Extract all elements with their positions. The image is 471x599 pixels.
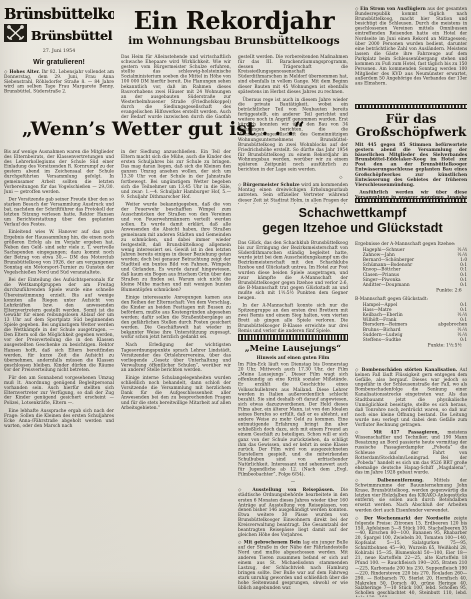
masthead-title-line2: Brünsbüttel bbox=[31, 28, 112, 43]
paragraph: Das Heim für Alleinstehende und wirtscha… bbox=[121, 54, 231, 118]
masthead-date: 27. Juni 1954 bbox=[4, 49, 114, 54]
schach-headline-line2: gegen Itzehoe und Glückstadt bbox=[238, 221, 467, 236]
paragraph: Der Vorsitzende gab seiner Freude über d… bbox=[4, 197, 114, 227]
rekordjahr-col2-body: Das Heim für Alleinstehende und wirtscha… bbox=[121, 54, 231, 118]
paragraph: Ausführlich werden wir über diese Versam… bbox=[355, 190, 467, 198]
rekordjahr-headline: Ein Rekordjahr im Wohnungsbau Brunsbütte… bbox=[118, 8, 350, 47]
brief-buergermeister: ◇ Bürgermeister Schulze wird am kommende… bbox=[238, 182, 348, 204]
item-separator: — bbox=[238, 479, 348, 484]
crest-icon bbox=[4, 24, 27, 46]
hatched-bar-film bbox=[238, 334, 348, 341]
schach-headline: Schachwettkampf gegen Itzehoe und Glücks… bbox=[238, 206, 467, 235]
wetter-col1-body: Bis auf wenige Ausnahmen waren die Mitgl… bbox=[4, 149, 114, 447]
paragraph: Weiter wurde bekanntgegeben, daß die von… bbox=[121, 202, 231, 292]
col4-briefs: ◇ Bombenschäden störten Kanalisation. Au… bbox=[355, 360, 467, 597]
masthead-title-line1: Brünsbüttelkoog bbox=[4, 6, 114, 23]
film-subtitle: Hinweis auf einen guten Film bbox=[257, 355, 330, 360]
wetter-headline-text: „Wenn’s Wetter gut ist . . .“ bbox=[22, 119, 302, 140]
strom-brief: ◇ Ein Strom von Ausflüglern aus der gesa… bbox=[355, 6, 467, 102]
paragraph: in der Siedlung anzuschließen. Ein Teil … bbox=[121, 149, 231, 199]
schach-col3-body: Das Glück, das den Schachklub Brunsbütte… bbox=[238, 240, 348, 333]
results-b-total: Punkte: 1½:5½ bbox=[355, 343, 467, 348]
schoepfwerk-box: Für das Großschöpfwerk Mit 445 gegen 85 … bbox=[355, 104, 467, 203]
schoepfwerk-title: Für das Großschöpfwerk bbox=[355, 113, 467, 139]
col1-top: Brünsbüttelkoog Brünsbüttel 27 bbox=[4, 6, 114, 120]
results-b-header: B-Mannschaft gegen Glückstadt: bbox=[355, 296, 467, 301]
paragraph: Einige interessante Anregungen kamen aus… bbox=[121, 295, 231, 340]
paragraph: Nach Erledigung der wichtigsten Tagesord… bbox=[121, 342, 231, 372]
rekordjahr-subtitle: im Wohnungsbau Brunsbüttelkoogs bbox=[118, 35, 350, 47]
paragraph: Einige interne Schulangelegenheiten wurd… bbox=[121, 375, 231, 410]
brief-dalben: ◇ Dalbenentfernung. Mittels der Schwimmr… bbox=[355, 478, 467, 513]
paragraph: Eine lebhafte Aussprache ergab sich nach… bbox=[4, 408, 114, 428]
brief-kanalisation: ◇ Bombenschäden störten Kanalisation. Au… bbox=[355, 367, 467, 427]
masthead-row: Brünsbüttel bbox=[4, 24, 114, 46]
paragraph: Bei der Einteilung des Aufsichtspersonal… bbox=[4, 277, 114, 372]
gratulieren-body: ◇ Hohes Alter. Ihr 82. Lebensjahr vollen… bbox=[4, 69, 114, 94]
paragraph: Bis auf wenige Ausnahmen waren die Mitgl… bbox=[4, 149, 114, 194]
brief-wochenmarkt: ◇ Der Wochenmarkt der Nordseite zeigte f… bbox=[355, 515, 467, 597]
paragraph: Einleitend wies W. Hanover auf das gute … bbox=[4, 230, 114, 275]
table-row: Steffens—Sudtke0:1 bbox=[355, 337, 467, 342]
wetter-col2-body: in der Siedlung anzuschließen. Ein Teil … bbox=[121, 149, 231, 449]
paragraph: Mit 445 gegen 85 Stimmen befürwortete ge… bbox=[355, 142, 467, 187]
brief-reisepaesse: ◇ Ausstellung von Reisepässen. Die städt… bbox=[238, 487, 348, 537]
schach-headline-line1: Schachwettkampf bbox=[238, 206, 467, 221]
brief-bulle: ◇ Mit gebrochenem Bein lag ein junger Bu… bbox=[238, 540, 348, 590]
short-rule bbox=[390, 360, 432, 362]
film-box: „Meine Lausejungs“ Hinweis auf einen gut… bbox=[238, 334, 348, 597]
wetter-headline: „Wenn’s Wetter gut ist . . .“ bbox=[22, 119, 302, 140]
hatched-bar-bottom bbox=[355, 198, 467, 203]
film-title: „Meine Lausejungs“ bbox=[238, 344, 348, 354]
schoepfwerk-title-line2: Großschöpfwerk bbox=[355, 126, 467, 139]
paragraph: Für den am Sonnabend vorgesehenen Umzug … bbox=[4, 375, 114, 405]
newspaper-page: Brünsbüttelkoog Brünsbüttel 27 bbox=[0, 0, 471, 599]
results-a-total: Punkte: 2:6 bbox=[355, 288, 467, 293]
table-row: Anditter—Doupmann0:1 bbox=[355, 282, 467, 287]
paragraph: Das Glück, das den Schachklub Brunsbütte… bbox=[238, 240, 348, 300]
brief-pobeda: ◇ Mit 417 Passagieren, meistens Wissensc… bbox=[355, 430, 467, 475]
results-a-header: Ergebnisse der A-Mannschaft gegen Itzeho… bbox=[355, 241, 467, 246]
rekordjahr-title: Ein Rekordjahr bbox=[118, 8, 350, 33]
film-body: Im Film-Eck läuft von Dienstag bis Donne… bbox=[238, 362, 348, 477]
end-mark: ◇ bbox=[238, 175, 348, 180]
masthead: Brünsbüttelkoog Brünsbüttel 27 bbox=[4, 6, 114, 54]
gratulieren-heading: Wir gratulieren! bbox=[4, 59, 114, 66]
paragraph: In der A-Mannschaft konnte sich nur die … bbox=[238, 303, 348, 333]
paragraph: gestellt werden. Die vorbereitenden Maßn… bbox=[238, 54, 348, 94]
schach-results: Ergebnisse der A-Mannschaft gegen Itzeho… bbox=[355, 241, 467, 360]
